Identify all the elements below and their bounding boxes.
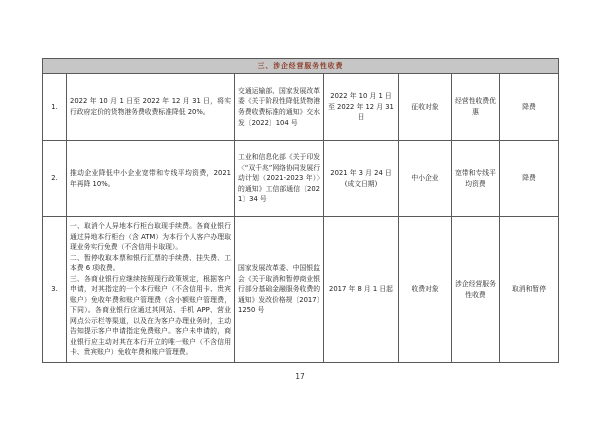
action-type: 降费: [500, 74, 559, 141]
row-number: 1.: [43, 74, 67, 141]
section-title: 三、涉企经营服务性收费: [43, 59, 559, 74]
section-header-row: 三、涉企经营服务性收费: [43, 59, 559, 74]
action-type: 取消和暂停: [500, 217, 559, 363]
row-number: 2.: [43, 141, 67, 217]
effective-date: 2022 年 10 月 1 日至 2022 年 12 月 31 日: [324, 74, 399, 141]
row-number: 3.: [43, 217, 67, 363]
policy-document: 国家发展改革委、中国银监会《关于取消和暂停商业银行部分基础金融服务收费的通知》发…: [235, 217, 324, 363]
charge-object: 征收对象: [399, 74, 452, 141]
table-row: 3. 一、取消个人异地本行柜台取现手续费。各商业银行通过异地本行柜台（含 ATM…: [43, 217, 559, 363]
measure-text: 一、取消个人异地本行柜台取现手续费。各商业银行通过异地本行柜台（含 ATM）为本…: [67, 217, 235, 363]
measure-text: 2022 年 10 月 1 日至 2022 年 12 月 31 日，将实行政府定…: [67, 74, 235, 141]
policy-document: 工业和信息化部《关于印发〈“双千兆”网络协同发展行动计划（2021-2023 年…: [235, 141, 324, 217]
charge-object: 收费对象: [399, 217, 452, 363]
table-row: 1. 2022 年 10 月 1 日至 2022 年 12 月 31 日，将实行…: [43, 74, 559, 141]
charge-object: 中小企业: [399, 141, 452, 217]
charge-category: 宽带和专线平均资费: [452, 141, 500, 217]
effective-date: 2017 年 8 月 1 日起: [324, 217, 399, 363]
charge-category: 涉企经营服务性收费: [452, 217, 500, 363]
charge-category: 经营性收费优惠: [452, 74, 500, 141]
page-number: 17: [0, 372, 600, 381]
action-type: 降费: [500, 141, 559, 217]
fee-table: 三、涉企经营服务性收费 1. 2022 年 10 月 1 日至 2022 年 1…: [42, 58, 559, 363]
measure-text: 推动企业降低中小企业宽带和专线平均资费，2021 年再降 10%。: [67, 141, 235, 217]
table-row: 2. 推动企业降低中小企业宽带和专线平均资费，2021 年再降 10%。 工业和…: [43, 141, 559, 217]
effective-date: 2021 年 3 月 24 日(成文日期): [324, 141, 399, 217]
policy-document: 交通运输部、国家发展改革委《关于阶段性降低货物港务费收费标准的通知》交水发〔20…: [235, 74, 324, 141]
